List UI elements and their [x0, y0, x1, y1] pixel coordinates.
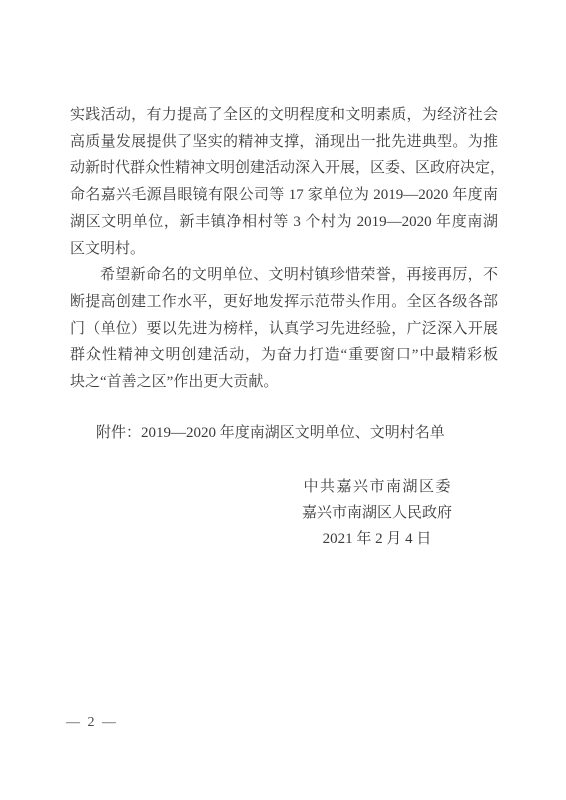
page-number: — 2 —: [66, 715, 118, 731]
signature-org-party-committee: 中共嘉兴市南湖区委: [302, 474, 452, 500]
signature-block: 中共嘉兴市南湖区委 嘉兴市南湖区人民政府 2021 年 2 月 4 日: [302, 474, 452, 552]
document-body: 实践活动，有力提高了全区的文明程度和文明素质，为经济社会高质量发展提供了坚实的精…: [70, 102, 498, 396]
body-line: 实践活动，有力提高了全区的文明程度和文明素质，为经济社会: [70, 102, 498, 129]
signature-date: 2021 年 2 月 4 日: [302, 526, 452, 552]
body-line: 希望新命名的文明单位、文明村镇珍惜荣誉，再接再厉，不: [70, 262, 498, 289]
body-line: 动新时代群众性精神文明创建活动深入开展，区委、区政府决定，: [70, 155, 498, 182]
body-line: 块之“首善之区”作出更大贡献。: [70, 369, 498, 396]
body-line: 命名嘉兴毛源昌眼镜有限公司等 17 家单位为 2019—2020 年度南: [70, 182, 498, 209]
body-line: 断提高创建工作水平，更好地发挥示范带头作用。全区各级各部: [70, 289, 498, 316]
body-line: 湖区文明单位，新丰镇净相村等 3 个村为 2019—2020 年度南湖: [70, 209, 498, 236]
body-line: 高质量发展提供了坚实的精神支撑，涌现出一批先进典型。为推: [70, 129, 498, 156]
attachment-line: 附件：2019—2020 年度南湖区文明单位、文明村名单: [70, 420, 498, 447]
body-line: 区文明村。: [70, 236, 498, 263]
body-line: 群众性精神文明创建活动，为奋力打造“重要窗口”中最精彩板: [70, 342, 498, 369]
document-page: 实践活动，有力提高了全区的文明程度和文明素质，为经济社会高质量发展提供了坚实的精…: [0, 0, 566, 800]
body-line: 门（单位）要以先进为榜样，认真学习先进经验，广泛深入开展: [70, 316, 498, 343]
signature-org-peoples-government: 嘉兴市南湖区人民政府: [302, 500, 452, 526]
